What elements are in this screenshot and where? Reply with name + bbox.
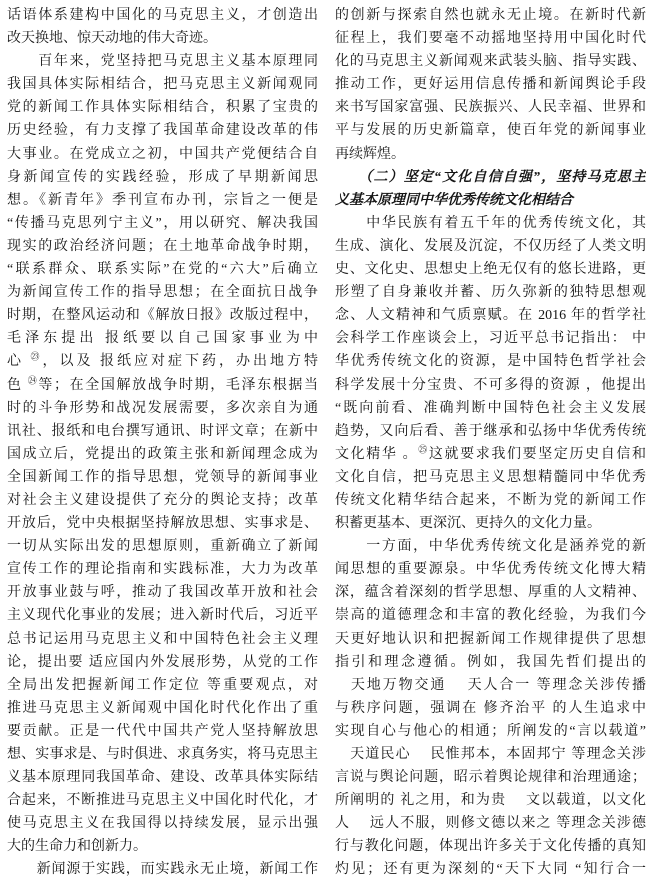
text-line: 时期，在整风运动和《解放日报》改版过程中， xyxy=(7,304,318,327)
text-line: 毛泽东提出 报纸要以自己国家事业为中 xyxy=(7,327,318,350)
text-line: 征程上，我们要毫不动摇地坚持用中国化时代 xyxy=(335,27,646,50)
text-line: 所阐明的 礼之用，和为贵 文以载道，以文化 xyxy=(335,789,646,812)
text-line: 推动工作，更好运用信息传播和新闻舆论手段 xyxy=(335,73,646,96)
text-line: 积蓄更基本、更深沉、更持久的文化力量。 xyxy=(335,512,646,535)
text-line: 推进马克思主义新闻观中国化时代化作出了重 xyxy=(7,697,318,720)
text-line: 天更好地认识和把握新闻工作规律提供了思想 xyxy=(335,628,646,651)
text-line: 话语体系建构中国化的马克思主义，才创造出 xyxy=(7,4,318,27)
section-heading-line: （二）坚定“文化自信自强”，坚持马克思主 xyxy=(335,166,646,189)
text-line: 科学发展十分宝贵、不可多得的资源 ，他提出 xyxy=(335,374,646,397)
text-line: 华优秀传统文化的资源，是中国特色哲学社会 xyxy=(335,350,646,373)
document-page: 话语体系建构中国化的马克思主义，才创造出改天换地、惊天动地的伟大奇迹。 百年来，… xyxy=(0,0,653,883)
text-line: 现实的政治经济问题；在土地革命战争时期， xyxy=(7,235,318,258)
text-line: 言说与舆论问题，昭示着舆论规律和治理通途； xyxy=(335,766,646,789)
text-line: 再续辉煌。 xyxy=(335,143,646,166)
text-line: 为新闻宣传工作的指导思想；在全面抗日战争 xyxy=(7,281,318,304)
text-line: 想。《新青年》季刊宣布办刊，宗旨之一便是 xyxy=(7,189,318,212)
text-line: 总书记运用马克思主义和中国特色社会主义理 xyxy=(7,628,318,651)
text-line: 要贡献。正是一代代中国共产党人坚持解放思 xyxy=(7,720,318,743)
text-line: 主义现代化事业的发展；进入新时代后，习近平 xyxy=(7,604,318,627)
text-line: 全局出发把握新闻工作定位 等重要观点，对 xyxy=(7,674,318,697)
text-line: 中华民族有着五千年的优秀传统文化，其 xyxy=(335,212,646,235)
text-line: 我国具体实际相结合，把马克思主义新闻观同 xyxy=(7,73,318,96)
text-line: “既向前看、准确判断中国特色社会主义发展 xyxy=(335,397,646,420)
section-heading-line: 义基本原理同中华优秀传统文化相结合 xyxy=(335,189,646,212)
text-line: 时的斗争形势和战况发展需要，多次亲自为通 xyxy=(7,397,318,420)
text-line: 文化自信，把马克思主义思想精髓同中华优秀 xyxy=(335,466,646,489)
text-line: 心 ㉓，以及 报纸应对症下药，办出地方特 xyxy=(7,350,318,373)
text-line: 实现自心与他心的相通；所阐发的“言以载道” xyxy=(335,720,646,743)
text-line: 一切从实际出发的思想原则，重新确立了新闻 xyxy=(7,535,318,558)
text-line: 新闻源于实践，而实践永无止境，新闻工作 xyxy=(7,858,318,881)
text-column-right: 的创新与探索自然也就永无止境。在新时代新征程上，我们要毫不动摇地坚持用中国化时代… xyxy=(335,4,646,883)
text-line: 论，提出要 适应国内外发展形势，从党的工作 xyxy=(7,651,318,674)
text-line: “联系群众、联系实际”在党的“六大”后确立 xyxy=(7,258,318,281)
text-line: 传统文化精华结合起来，不断为党的新闻工作 xyxy=(335,489,646,512)
footnote-marker: ㉕ xyxy=(418,444,429,454)
text-line: “传播马克思列宁主义”，用以研究、解决我国 xyxy=(7,212,318,235)
text-line: 想、实事求是、与时俱进、求真务实，将马克思主 xyxy=(7,743,318,766)
text-line: 形塑了自身兼收并蓄、历久弥新的独特思想观 xyxy=(335,281,646,304)
text-line: 指引和理念遵循。例如，我国先哲们提出的 xyxy=(335,651,646,674)
text-line: 历史经验，有力支撑了我国革命建设改革的伟 xyxy=(7,119,318,142)
footnote-marker: ㉓ xyxy=(31,352,43,362)
text-line: 史、文化史、思想史上绝无仅有的悠长进路，更 xyxy=(335,258,646,281)
text-line: 人 远人不服，则修文德以来之 等理念关涉德 xyxy=(335,812,646,835)
text-line: 天地万物交通 天人合一 等理念关涉传播 xyxy=(335,674,646,697)
text-line: 义基本原理同我国革命、建设、改革具体实际结 xyxy=(7,766,318,789)
text-line: 灼见；还有更为深刻的“天下大同 “知行合一 xyxy=(335,858,646,881)
text-line: 开放事业鼓与呼，推动了我国改革开放和社会 xyxy=(7,581,318,604)
text-line: 对社会主义建设提供了充分的舆论支持；改革 xyxy=(7,489,318,512)
text-line: 百年来，党坚持把马克思主义基本原理同 xyxy=(7,50,318,73)
text-line: 平与发展的历史新篇章，使百年党的新闻事业 xyxy=(335,119,646,142)
text-line: 大的生命力和创新力。 xyxy=(7,835,318,858)
text-line: 文化精华 。㉕这就要求我们要坚定历史自信和 xyxy=(335,443,646,466)
text-line: 大事业。在党成立之初，中国共产党便结合自 xyxy=(7,143,318,166)
text-line: 一方面，中华优秀传统文化是涵养党的新 xyxy=(335,535,646,558)
text-line: 党的新闻工作具体实际相结合，积累了宝贵的 xyxy=(7,96,318,119)
text-line: 使马克思主义在我国得以持续发展，显示出强 xyxy=(7,812,318,835)
text-line: 宣传工作的理论指南和实践标准，大力为改革 xyxy=(7,558,318,581)
text-line: 身新闻宣传的实践经验，形成了早期新闻思 xyxy=(7,166,318,189)
text-line: 化的马克思主义新闻观来武装头脑、指导实践、 xyxy=(335,50,646,73)
text-line: 改天换地、惊天动地的伟大奇迹。 xyxy=(7,27,318,50)
text-line: 国成立后，党提出的政策主张和新闻理念成为 xyxy=(7,443,318,466)
text-line: 的创新与探索自然也就永无止境。在新时代新 xyxy=(335,4,646,27)
text-line: 讯社、报纸和电台撰写通讯、时评文章；在新中 xyxy=(7,420,318,443)
text-line: 念、人文精神和气质禀赋。在 2016 年的哲学社 xyxy=(335,304,646,327)
text-line: 趋势，又向后看、善于继承和弘扬中华优秀传统 xyxy=(335,420,646,443)
text-line: 行与教化问题，体现出许多关于文化传播的真知 xyxy=(335,835,646,858)
text-line: 深，蕴含着深刻的哲学思想、厚重的人文精神、 xyxy=(335,581,646,604)
footnote-marker: ㉔ xyxy=(28,375,39,385)
text-line: 全国新闻工作的指导思想，党领导的新闻事业 xyxy=(7,466,318,489)
text-line: 崇高的道德理念和丰富的教化经验，为我们今 xyxy=(335,604,646,627)
text-line: 生成、演化、发展及沉淀，不仅历经了人类文明 xyxy=(335,235,646,258)
text-line: 与秩序问题，强调在 修齐治平 的人生追求中 xyxy=(335,697,646,720)
text-line: 天道民心 民惟邦本，本固邦宁 等理念关涉 xyxy=(335,743,646,766)
text-line: 来书写国家富强、民族振兴、人民幸福、世界和 xyxy=(335,96,646,119)
text-column-left: 话语体系建构中国化的马克思主义，才创造出改天换地、惊天动地的伟大奇迹。 百年来，… xyxy=(7,4,318,883)
text-line: 开放后，党中央根据坚持解放思想、实事求是、 xyxy=(7,512,318,535)
text-line: 会科学工作座谈会上，习近平总书记指出： 中 xyxy=(335,327,646,350)
text-line: 合起来，不断推进马克思主义中国化时代化，才 xyxy=(7,789,318,812)
text-line: 闻思想的重要源泉。中华优秀传统文化博大精 xyxy=(335,558,646,581)
text-line: 色 ㉔等；在全国解放战争时期，毛泽东根据当 xyxy=(7,374,318,397)
